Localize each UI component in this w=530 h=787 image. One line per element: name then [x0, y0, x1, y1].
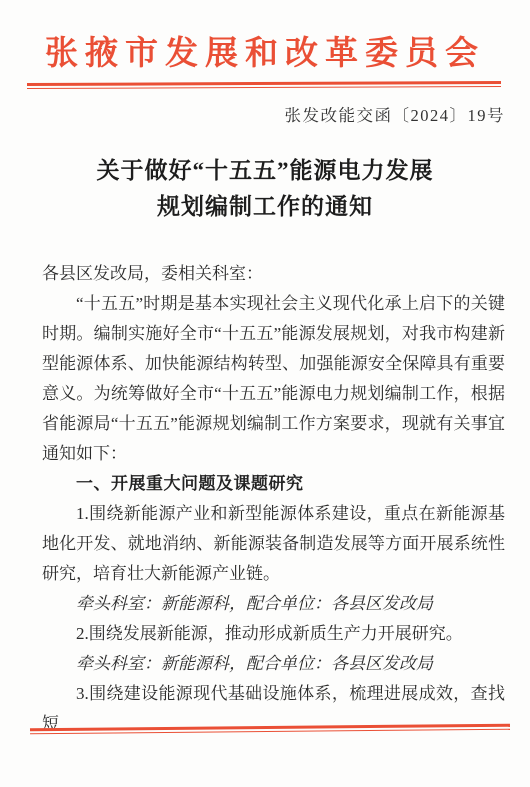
header-separator-line [27, 81, 501, 89]
notice-title: 关于做好“十五五”能源电力发展 规划编制工作的通知 [0, 153, 530, 225]
document-page: 张掖市发展和改革委员会 张发改能交函〔2024〕19号 关于做好“十五五”能源电… [0, 0, 530, 787]
section-heading: 一、开展重大问题及课题研究 [42, 469, 505, 499]
separator-thin-line [27, 86, 501, 89]
document-number: 张发改能交函〔2024〕19号 [0, 102, 505, 126]
separator-thick-line [27, 81, 501, 86]
salutation-line: 各县区发改局，委相关科室： [42, 259, 505, 289]
item-2-paragraph: 2.围绕发展新能源，推动形成新质生产力开展研究。 [42, 619, 505, 649]
intro-paragraph: “十五五”时期是基本实现社会主义现代化承上启下的关键时期。编制实施好全市“十五五… [42, 289, 505, 469]
notice-title-line2: 规划编制工作的通知 [0, 189, 530, 225]
lead-unit-line-2: 牵头科室：新能源科，配合单位：各县区发改局 [42, 649, 505, 679]
agency-name: 张掖市发展和改革委员会 [0, 0, 530, 74]
item-1-paragraph: 1.围绕新能源产业和新型能源体系建设，重点在新能源基地化开发、就地消纳、新能源装… [42, 499, 505, 589]
notice-title-line1: 关于做好“十五五”能源电力发展 [0, 153, 530, 189]
document-body: 各县区发改局，委相关科室： “十五五”时期是基本实现社会主义现代化承上启下的关键… [42, 259, 505, 739]
lead-unit-line-1: 牵头科室：新能源科，配合单位：各县区发改局 [42, 589, 505, 619]
